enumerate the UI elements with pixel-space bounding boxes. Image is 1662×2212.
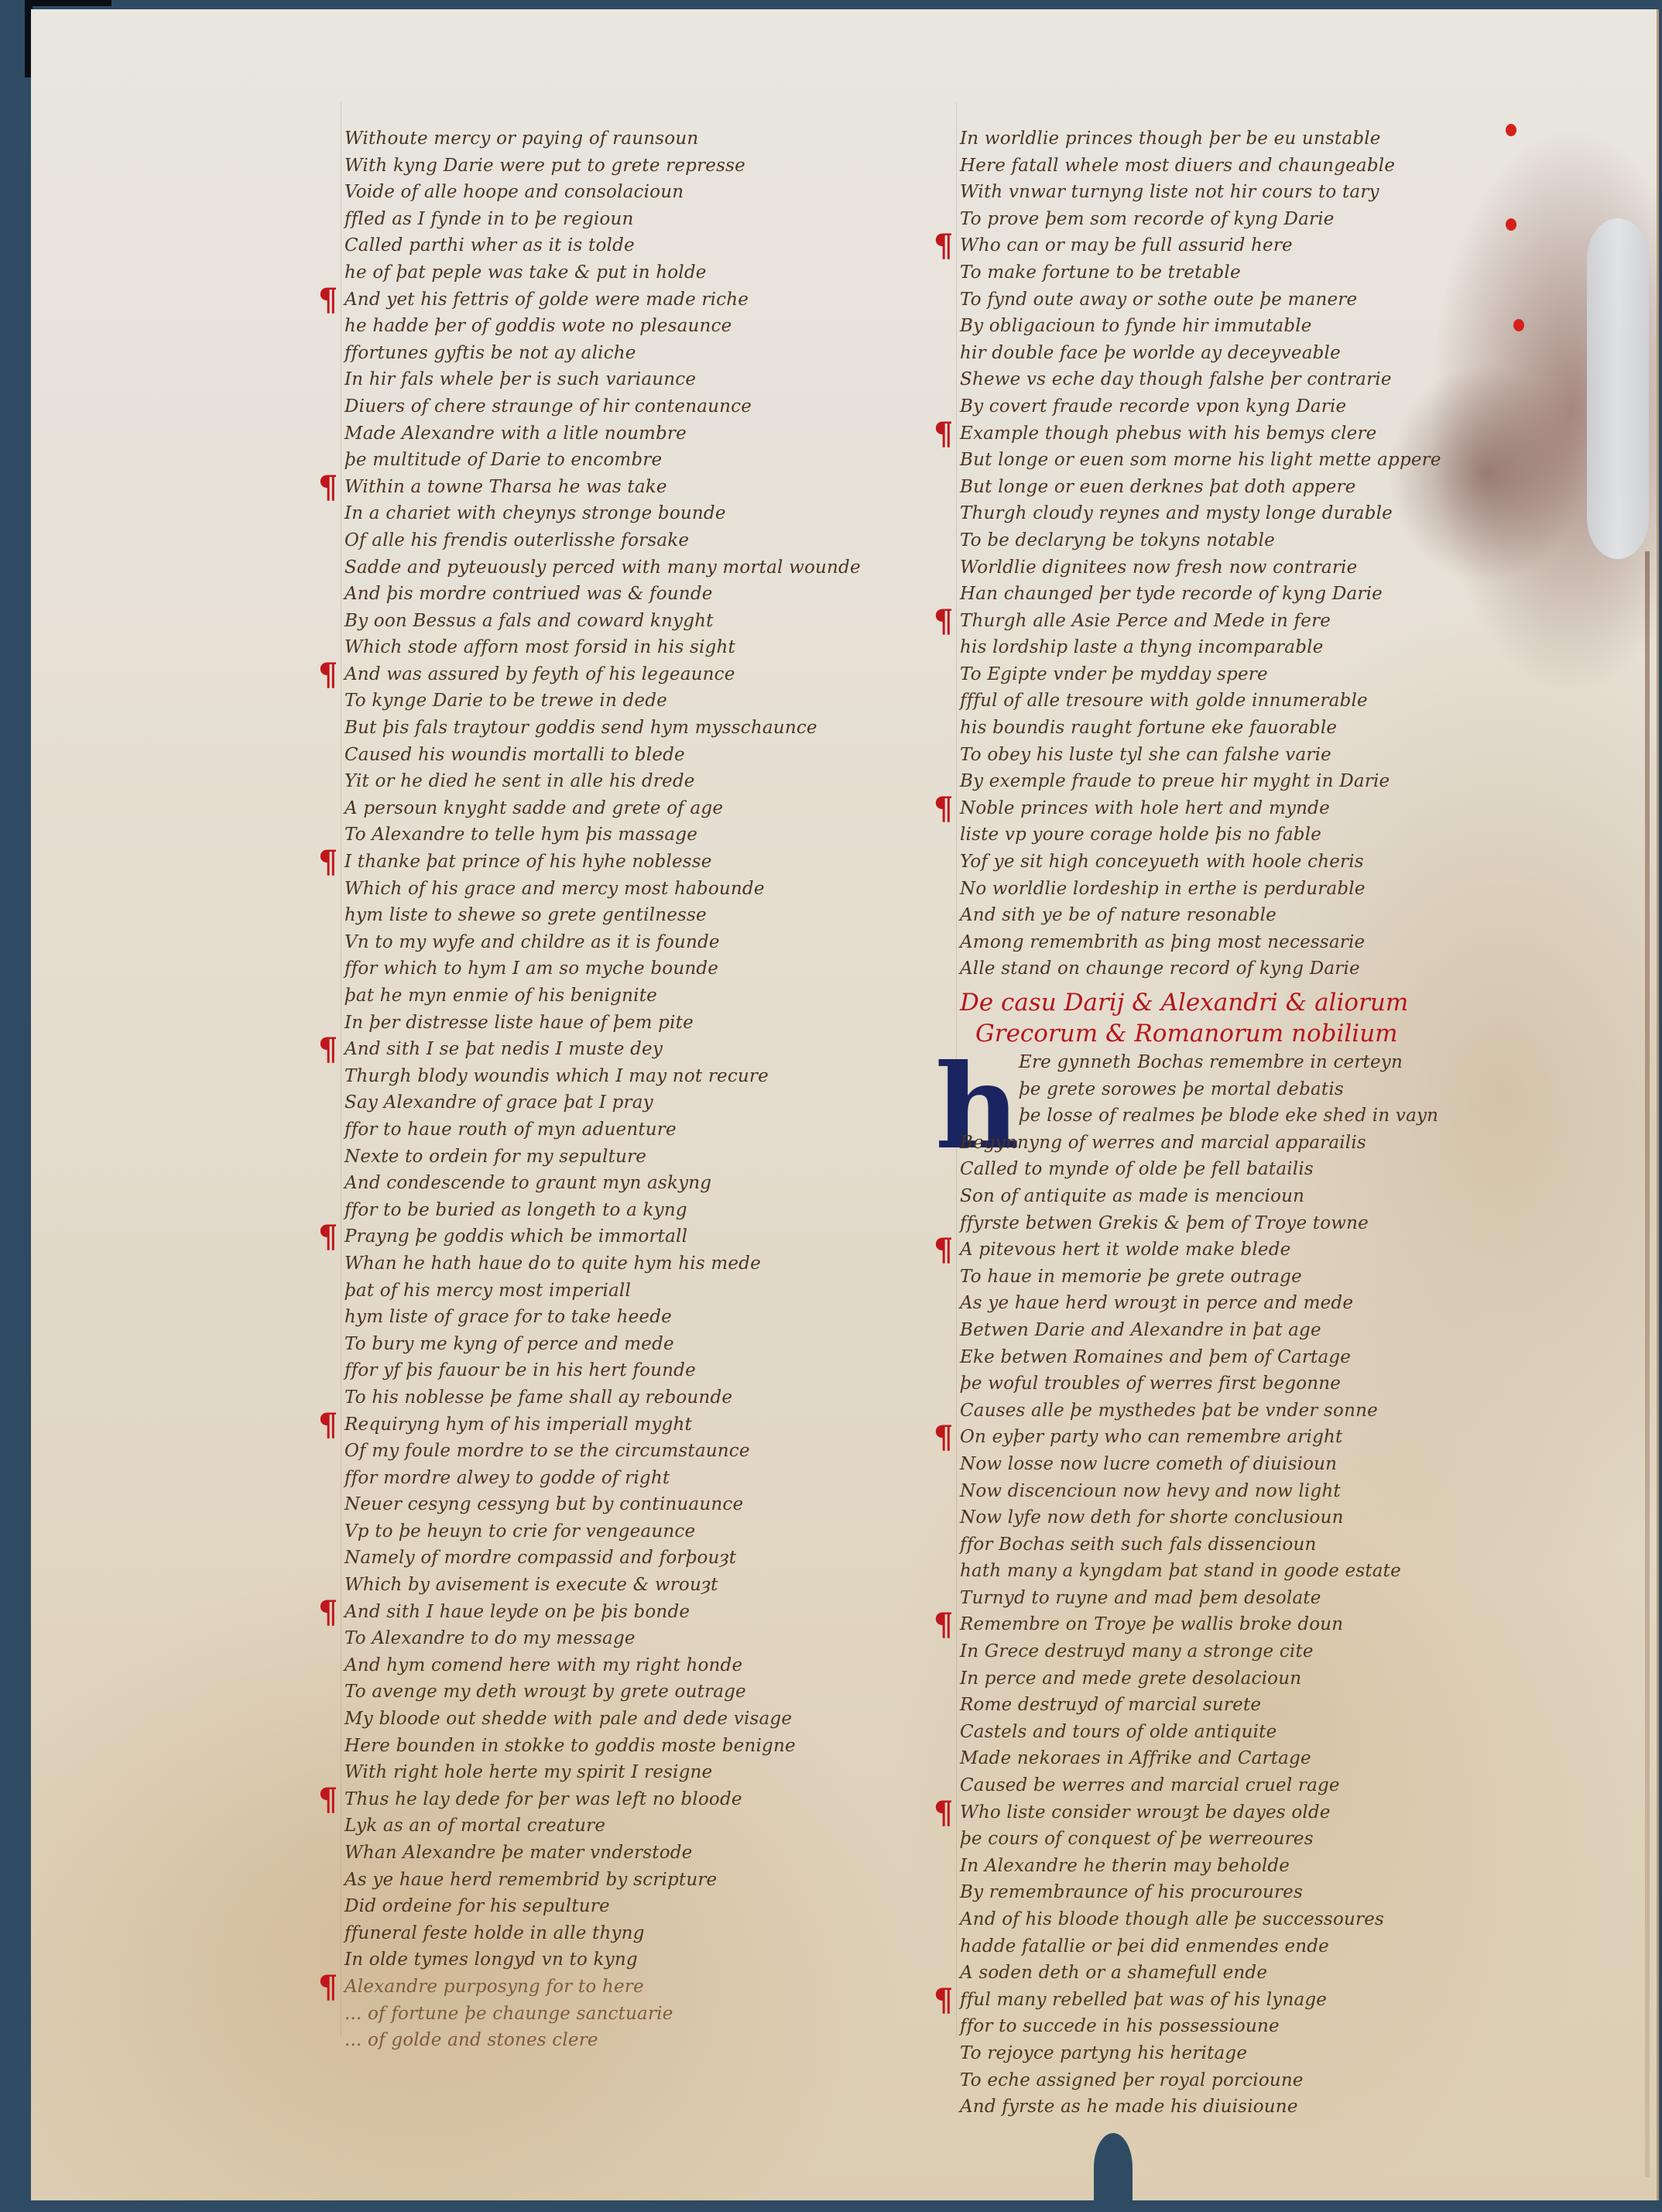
verse-line: And þis mordre contriued was & founde	[344, 581, 933, 608]
verse-line: Namely of mordre compassid and forþouȝt	[344, 1545, 933, 1572]
verse-text: On eyþer party who can remembre aright	[960, 1427, 1343, 1447]
verse-line: Of alle his frendis outerlisshe forsake	[344, 527, 933, 554]
verse-line: ffful of alle tresoure with golde innume…	[960, 688, 1548, 715]
verse-text: My bloode out shedde with pale and dede …	[344, 1709, 792, 1729]
rubric-heading: De casu Darij & Alexandri & aliorum Grec…	[960, 987, 1548, 1049]
verse-line: Rome destruyd of marcial surete	[960, 1692, 1548, 1719]
verse-line: Which by avisement is execute & wrouȝt	[344, 1572, 933, 1599]
verse-line: To Alexandre to telle hym þis massage	[344, 821, 933, 849]
verse-line: ffyrste betwen Grekis & þem of Troye tow…	[960, 1210, 1548, 1237]
verse-text: Made nekoraes in Affrike and Cartage	[960, 1748, 1311, 1768]
verse-text: ... of fortune þe chaunge sanctuarie	[344, 2004, 673, 2024]
verse-text: Called parthi wher as it is tolde	[344, 235, 635, 255]
verse-text: Yit or he died he sent in alle his drede	[344, 771, 695, 791]
verse-line: To obey his luste tyl she can falshe var…	[960, 742, 1548, 769]
verse-text: Did ordeine for his sepulture	[344, 1896, 610, 1916]
verse-text: A soden deth or a shamefull ende	[960, 1963, 1267, 1983]
verse-text: Within a towne Tharsa he was take	[344, 477, 667, 497]
verse-text: Lyk as an of mortal creature	[344, 1816, 605, 1836]
verse-line: And fyrste as he made his diuisioune	[960, 2094, 1548, 2121]
left-text-column: Withoute mercy or paying of raunsounWith…	[344, 125, 933, 2054]
verse-text: Here fatall whele most diuers and chaung…	[960, 156, 1395, 176]
verse-text: Called to mynde of olde þe fell batailis	[960, 1159, 1314, 1179]
paragraph-mark-icon: ¶	[318, 660, 338, 691]
verse-text: Son of antiquite as made is mencioun	[960, 1186, 1304, 1206]
verse-line: ¶Thus he lay dede for þer was left no bl…	[344, 1786, 933, 1813]
verse-text: And fyrste as he made his diuisioune	[960, 2097, 1298, 2117]
verse-text: his boundis raught fortune eke fauorable	[960, 718, 1337, 738]
verse-line: Vp to þe heuyn to crie for vengeaunce	[344, 1518, 933, 1545]
paragraph-mark-icon: ¶	[934, 1610, 954, 1641]
verse-text: Of my foule mordre to se the circumstaun…	[344, 1441, 750, 1461]
verse-line: To Alexandre to do my message	[344, 1625, 933, 1652]
verse-line: To be declaryng be tokyns notable	[960, 527, 1548, 554]
verse-line: To eche assigned þer royal porcioune	[960, 2067, 1548, 2094]
verse-line: ffor Bochas seith such fals dissencioun	[960, 1531, 1548, 1559]
verse-line: Thurgh blody woundis which I may not rec…	[344, 1063, 933, 1090]
verse-line: Castels and tours of olde antiquite	[960, 1719, 1548, 1746]
paragraph-mark-icon: ¶	[318, 1034, 338, 1065]
verse-text: ... of golde and stones clere	[344, 2030, 598, 2050]
verse-line: And sith ye be of nature resonable	[960, 902, 1548, 929]
verse-line: Which stode afforn most forsid in his si…	[344, 634, 933, 661]
verse-text: By remembraunce of his procuroures	[960, 1882, 1303, 1902]
verse-line: Made nekoraes in Affrike and Cartage	[960, 1745, 1548, 1772]
verse-line: ¶Within a towne Tharsa he was take	[344, 474, 933, 501]
verse-line: Called to mynde of olde þe fell batailis	[960, 1156, 1548, 1183]
verse-line: his lordship laste a thyng incomparable	[960, 634, 1548, 661]
verse-text: ffyrste betwen Grekis & þem of Troye tow…	[960, 1213, 1369, 1233]
verse-text: Begynnyng of werres and marcial apparail…	[960, 1133, 1366, 1153]
verse-block-before-rubric: In worldlie princes though þer be eu uns…	[960, 125, 1548, 983]
paragraph-mark-icon: ¶	[318, 1222, 338, 1253]
verse-line: Lyk as an of mortal creature	[344, 1812, 933, 1840]
verse-text: And sith I haue leyde on þe þis bonde	[344, 1602, 690, 1622]
verse-line: Turnyd to ruyne and mad þem desolate	[960, 1585, 1548, 1612]
verse-line: Neuer cesyng cessyng but by continuaunce	[344, 1491, 933, 1518]
verse-line: liste vp youre corage holde þis no fable	[960, 821, 1548, 849]
verse-line: Ere gynneth Bochas remembre in certeyn	[960, 1049, 1548, 1076]
verse-line: Now losse now lucre cometh of diuisioun	[960, 1451, 1548, 1478]
verse-line: In a chariet with cheynys stronge bounde	[344, 500, 933, 527]
verse-text: To Alexandre to telle hym þis massage	[344, 825, 697, 845]
rubric-line-1: De casu Darij & Alexandri & aliorum	[960, 987, 1548, 1018]
verse-text: fful many rebelled þat was of his lynage	[960, 1990, 1327, 2010]
verse-line: Did ordeine for his sepulture	[344, 1893, 933, 1920]
verse-text: And þis mordre contriued was & founde	[344, 584, 713, 604]
verse-text: Now discencioun now hevy and now light	[960, 1481, 1341, 1501]
verse-line: ¶Noble princes with hole hert and mynde	[960, 795, 1548, 822]
paragraph-mark-icon: ¶	[934, 794, 954, 825]
paragraph-mark-icon: ¶	[934, 419, 954, 450]
verse-line: As ye haue herd wrouȝt in perce and mede	[960, 1290, 1548, 1317]
verse-line: Son of antiquite as made is mencioun	[960, 1183, 1548, 1210]
verse-text: ffful of alle tresoure with golde innume…	[960, 691, 1368, 711]
verse-block-after-rubric: Ere gynneth Bochas remembre in certeynþe…	[960, 1049, 1548, 2121]
verse-text: Castels and tours of olde antiquite	[960, 1722, 1276, 1742]
verse-line: ffor to haue routh of myn aduenture	[344, 1116, 933, 1144]
verse-text: A pitevous hert it wolde make blede	[960, 1240, 1290, 1260]
verse-text: Whan he hath haue do to quite hym his me…	[344, 1253, 761, 1274]
verse-line: he of þat peple was take & put in holde	[344, 259, 933, 286]
verse-line: ffled as I fynde in to þe regioun	[344, 206, 933, 233]
verse-text: hadde fatallie or þei did enmendes ende	[960, 1936, 1329, 1957]
paragraph-mark-icon: ¶	[318, 1785, 338, 1816]
verse-text: Namely of mordre compassid and forþouȝt	[344, 1548, 736, 1568]
verse-text: ffor yf þis fauour be in his hert founde	[344, 1360, 696, 1380]
verse-line: In hir fals whele þer is such variaunce	[344, 366, 933, 393]
verse-line: hadde fatallie or þei did enmendes ende	[960, 1933, 1548, 1960]
verse-text: ffortunes gyftis be not ay aliche	[344, 343, 636, 363]
verse-text: In olde tymes longyd vn to kyng	[344, 1950, 638, 1970]
verse-line: Nexte to ordein for my sepulture	[344, 1144, 933, 1171]
verse-line: þat of his mercy most imperiall	[344, 1277, 933, 1305]
verse-text: Which stode afforn most forsid in his si…	[344, 637, 735, 657]
binding-crease	[1645, 551, 1650, 2177]
verse-text: In Alexandre he therin may beholde	[960, 1856, 1290, 1876]
verse-text: Ere gynneth Bochas remembre in certeyn	[1019, 1052, 1403, 1072]
verse-line: Causes alle þe mysthedes þat be vnder so…	[960, 1398, 1548, 1425]
verse-text: To avenge my deth wrouȝt by grete outrag…	[344, 1682, 746, 1702]
verse-line: In perce and mede grete desolacioun	[960, 1665, 1548, 1692]
verse-text: To kynge Darie to be trewe in dede	[344, 691, 667, 711]
paragraph-mark-icon: ¶	[318, 847, 338, 878]
verse-line: ¶Requiryng hym of his imperiall myght	[344, 1411, 933, 1439]
verse-text: With kyng Darie were put to grete repres…	[344, 156, 745, 176]
verse-line: ¶Who liste consider wrouȝt be dayes olde	[960, 1799, 1548, 1826]
verse-text: Nexte to ordein for my sepulture	[344, 1147, 646, 1167]
paragraph-mark-icon: ¶	[934, 231, 954, 262]
verse-text: Withoute mercy or paying of raunsoun	[344, 129, 698, 149]
verse-line: hym liste of grace for to take heede	[344, 1304, 933, 1331]
verse-text: he hadde þer of goddis wote no plesaunce	[344, 316, 732, 336]
verse-text: Caused be werres and marcial cruel rage	[960, 1775, 1340, 1795]
verse-text: In Grece destruyd many a stronge cite	[960, 1641, 1314, 1662]
verse-text: Han chaunged þer tyde recorde of kyng Da…	[960, 584, 1383, 604]
verse-line: ¶Prayng þe goddis which be immortall	[344, 1223, 933, 1250]
verse-line: Called parthi wher as it is tolde	[344, 232, 933, 259]
verse-text: Here bounden in stokke to goddis moste b…	[344, 1736, 796, 1756]
verse-text: To bury me kyng of perce and mede	[344, 1334, 674, 1354]
verse-line: Eke betwen Romaines and þem of Cartage	[960, 1344, 1548, 1371]
verse-line: Vn to my wyfe and childre as it is found…	[344, 929, 933, 956]
verse-text: þe woful troubles of werres first begonn…	[960, 1373, 1341, 1394]
verse-text: Turnyd to ruyne and mad þem desolate	[960, 1588, 1321, 1608]
verse-line: Now lyfe now deth for shorte conclusioun	[960, 1504, 1548, 1531]
verse-text: þe multitude of Darie to encombre	[344, 450, 662, 470]
verse-text: ffor Bochas seith such fals dissencioun	[960, 1535, 1317, 1555]
verse-text: As ye haue herd remembrid by scripture	[344, 1870, 717, 1890]
verse-text: But longe or euen derknes þat doth apper…	[960, 477, 1356, 497]
verse-text: To haue in memorie þe grete outrage	[960, 1267, 1302, 1287]
verse-line: To rejoyce partyng his heritage	[960, 2040, 1548, 2067]
verse-text: And hym comend here with my right honde	[344, 1655, 742, 1675]
verse-line: Withoute mercy or paying of raunsoun	[344, 125, 933, 153]
verse-line: hir double face þe worlde ay deceyveable	[960, 340, 1548, 367]
verse-line: ... of golde and stones clere	[344, 2027, 933, 2054]
verse-text: Made Alexandre with a litle noumbre	[344, 424, 687, 444]
rubric-line-2: Grecorum & Romanorum nobilium	[960, 1018, 1548, 1049]
verse-line: But þis fals traytour goddis send hym my…	[344, 715, 933, 742]
verse-line: ¶And was assured by feyth of his legeaun…	[344, 661, 933, 688]
verse-text: I thanke þat prince of his hyhe noblesse	[344, 852, 712, 872]
verse-text: Alle stand on chaunge record of kyng Dar…	[960, 959, 1360, 979]
verse-text: Shewe vs eche day though falshe þer cont…	[960, 369, 1392, 389]
paragraph-mark-icon: ¶	[318, 1410, 338, 1441]
right-text-column: In worldlie princes though þer be eu uns…	[960, 125, 1548, 2121]
verse-text: In hir fals whele þer is such variaunce	[344, 369, 696, 389]
verse-line: Now discencioun now hevy and now light	[960, 1478, 1548, 1505]
verse-text: By covert fraude recorde vpon kyng Darie	[960, 396, 1346, 417]
verse-line: Yit or he died he sent in alle his drede	[344, 768, 933, 795]
verse-text: Now losse now lucre cometh of diuisioun	[960, 1454, 1337, 1474]
verse-line: ¶And sith I haue leyde on þe þis bonde	[344, 1599, 933, 1626]
verse-text: his lordship laste a thyng incomparable	[960, 637, 1324, 657]
verse-text: liste vp youre corage holde þis no fable	[960, 825, 1321, 845]
verse-text: By oon Bessus a fals and coward knyght	[344, 611, 714, 631]
paragraph-mark-icon: ¶	[934, 1985, 954, 2016]
paragraph-mark-icon: ¶	[318, 285, 338, 316]
verse-text: To Alexandre to do my message	[344, 1628, 636, 1648]
verse-line: Thurgh cloudy reynes and mysty longe dur…	[960, 500, 1548, 527]
verse-text: To rejoyce partyng his heritage	[960, 2043, 1247, 2063]
verse-line: Say Alexandre of grace þat I pray	[344, 1089, 933, 1116]
verse-text: Prayng þe goddis which be immortall	[344, 1226, 687, 1247]
paragraph-mark-icon: ¶	[318, 1972, 338, 2003]
verse-text: Say Alexandre of grace þat I pray	[344, 1092, 653, 1113]
verse-line: With kyng Darie were put to grete repres…	[344, 153, 933, 180]
verse-line: ¶Example though phebus with his bemys cl…	[960, 420, 1548, 448]
verse-line: Shewe vs eche day though falshe þer cont…	[960, 366, 1548, 393]
verse-line: With right hole herte my spirit I resign…	[344, 1759, 933, 1786]
verse-line: To make fortune to be tretable	[960, 259, 1548, 286]
verse-text: To eche assigned þer royal porcioune	[960, 2070, 1304, 2090]
verse-line: Han chaunged þer tyde recorde of kyng Da…	[960, 581, 1548, 608]
registration-mark-top	[25, 0, 111, 6]
verse-line: A soden deth or a shamefull ende	[960, 1960, 1548, 1987]
verse-text: Causes alle þe mysthedes þat be vnder so…	[960, 1401, 1378, 1421]
verse-line: And of his bloode though alle þe success…	[960, 1906, 1548, 1933]
verse-text: Which of his grace and mercy most haboun…	[344, 879, 765, 899]
verse-line: By oon Bessus a fals and coward knyght	[344, 608, 933, 635]
verse-line: And condescende to graunt myn askyng	[344, 1170, 933, 1197]
verse-text: hir double face þe worlde ay deceyveable	[960, 343, 1341, 363]
verse-line: Made Alexandre with a litle noumbre	[344, 420, 933, 448]
verse-line: þe losse of realmes þe blode eke shed in…	[960, 1103, 1548, 1130]
verse-text: Noble princes with hole hert and mynde	[960, 798, 1330, 818]
verse-line: ¶A pitevous hert it wolde make blede	[960, 1236, 1548, 1264]
verse-text: Sadde and pyteuously perced with many mo…	[344, 557, 861, 578]
verse-text: Who liste consider wrouȝt be dayes olde	[960, 1802, 1331, 1823]
verse-text: Thurgh cloudy reynes and mysty longe dur…	[960, 503, 1393, 523]
verse-text: þat of his mercy most imperiall	[344, 1281, 631, 1301]
verse-text: Eke betwen Romaines and þem of Cartage	[960, 1347, 1351, 1367]
verse-text: And sith ye be of nature resonable	[960, 905, 1276, 925]
verse-line: ffortunes gyftis be not ay aliche	[344, 340, 933, 367]
verse-text: Vn to my wyfe and childre as it is found…	[344, 932, 720, 952]
verse-text: By obligacioun to fynde hir immutable	[960, 316, 1312, 336]
verse-line: Among remembrith as þing most necessarie	[960, 929, 1548, 956]
verse-line: Here fatall whele most diuers and chaung…	[960, 153, 1548, 180]
verse-text: ffor to be buried as longeth to a kyng	[344, 1200, 687, 1220]
verse-line: To his noblesse þe fame shall ay rebound…	[344, 1384, 933, 1411]
verse-text: As ye haue herd wrouȝt in perce and mede	[960, 1293, 1353, 1313]
verse-line: In Alexandre he therin may beholde	[960, 1853, 1548, 1880]
verse-text: ffor which to hym I am so myche bounde	[344, 959, 718, 979]
verse-text: Thus he lay dede for þer was left no blo…	[344, 1789, 742, 1809]
verse-text: Example though phebus with his bemys cle…	[960, 424, 1376, 444]
verse-line: To kynge Darie to be trewe in dede	[344, 688, 933, 715]
verse-line: his boundis raught fortune eke fauorable	[960, 715, 1548, 742]
verse-line: To prove þem som recorde of kyng Darie	[960, 206, 1548, 233]
verse-text: Thurgh alle Asie Perce and Mede in fere	[960, 611, 1331, 631]
parchment-tear	[1587, 218, 1649, 559]
verse-text: þat he myn enmie of his benignite	[344, 986, 657, 1006]
verse-text: But þis fals traytour goddis send hym my…	[344, 718, 817, 738]
verse-text: Diuers of chere straunge of hir contenau…	[344, 396, 752, 417]
verse-text: he of þat peple was take & put in holde	[344, 262, 707, 283]
verse-line: ffor to be buried as longeth to a kyng	[344, 1197, 933, 1224]
verse-line: Whan he hath haue do to quite hym his me…	[344, 1250, 933, 1277]
verse-line: ... of fortune þe chaunge sanctuarie	[344, 2001, 933, 2028]
verse-text: To fynd oute away or sothe oute þe maner…	[960, 290, 1357, 310]
verse-text: Caused his woundis mortalli to blede	[344, 745, 685, 765]
verse-text: ffor mordre alwey to godde of right	[344, 1468, 670, 1488]
verse-text: Who can or may be full assurid here	[960, 235, 1293, 255]
verse-line: By covert fraude recorde vpon kyng Darie	[960, 393, 1548, 420]
verse-line: Here bounden in stokke to goddis moste b…	[344, 1733, 933, 1760]
verse-text: A persoun knyght sadde and grete of age	[344, 798, 723, 818]
verse-text: Alexandre purposyng for to here	[344, 1977, 644, 1997]
verse-line: Betwen Darie and Alexandre in þat age	[960, 1317, 1548, 1344]
chapter-opening: h Ere gynneth Bochas remembre in certeyn…	[960, 1049, 1548, 2121]
verse-line: Begynnyng of werres and marcial apparail…	[960, 1130, 1548, 1157]
verse-text: To be declaryng be tokyns notable	[960, 530, 1275, 550]
verse-text: To prove þem som recorde of kyng Darie	[960, 209, 1335, 229]
verse-line: ¶Alexandre purposyng for to here	[344, 1974, 933, 2001]
verse-text: And sith I se þat nedis I muste dey	[344, 1039, 663, 1059]
verse-line: But longe or euen som morne his light me…	[960, 447, 1548, 474]
verse-line: Yof ye sit high conceyueth with hoole ch…	[960, 849, 1548, 876]
verse-text: In a chariet with cheynys stronge bounde	[344, 503, 726, 523]
verse-text: And yet his fettris of golde were made r…	[344, 290, 749, 310]
verse-text: Vp to þe heuyn to crie for vengeaunce	[344, 1521, 695, 1542]
verse-line: Diuers of chere straunge of hir contenau…	[344, 393, 933, 420]
verse-text: Voide of alle hoope and consolacioun	[344, 182, 684, 202]
verse-line: ¶And yet his fettris of golde were made …	[344, 286, 933, 314]
verse-line: No worldlie lordeship in erthe is perdur…	[960, 876, 1548, 903]
verse-line: ffor which to hym I am so myche bounde	[344, 955, 933, 983]
verse-line: þat he myn enmie of his benignite	[344, 983, 933, 1010]
verse-text: Worldlie dignitees now fresh now contrar…	[960, 557, 1357, 578]
verse-text: þe cours of conquest of þe werreoures	[960, 1829, 1314, 1849]
verse-line: ffuneral feste holde in alle thyng	[344, 1920, 933, 1947]
verse-line: he hadde þer of goddis wote no plesaunce	[344, 313, 933, 340]
verse-line: But longe or euen derknes þat doth apper…	[960, 474, 1548, 501]
verse-text: Thurgh blody woundis which I may not rec…	[344, 1066, 769, 1086]
verse-text: Neuer cesyng cessyng but by continuaunce	[344, 1494, 743, 1514]
verse-line: ¶I thanke þat prince of his hyhe nobless…	[344, 849, 933, 876]
verse-line: In Grece destruyd many a stronge cite	[960, 1638, 1548, 1665]
verse-line: Whan Alexandre þe mater vnderstode	[344, 1840, 933, 1867]
verse-text: Of alle his frendis outerlisshe forsake	[344, 530, 689, 550]
verse-text: With right hole herte my spirit I resign…	[344, 1762, 712, 1782]
verse-text: Among remembrith as þing most necessarie	[960, 932, 1365, 952]
verse-text: ffled as I fynde in to þe regioun	[344, 209, 634, 229]
verse-text: To obey his luste tyl she can falshe var…	[960, 745, 1331, 765]
verse-line: My bloode out shedde with pale and dede …	[344, 1706, 933, 1733]
verse-text: And of his bloode though alle þe success…	[960, 1909, 1384, 1929]
verse-line: Which of his grace and mercy most haboun…	[344, 876, 933, 903]
verse-line: hath many a kyngdam þat stand in goode e…	[960, 1558, 1548, 1585]
paragraph-mark-icon: ¶	[934, 606, 954, 637]
verse-line: To fynd oute away or sothe oute þe maner…	[960, 286, 1548, 314]
verse-line: Of my foule mordre to se the circumstaun…	[344, 1438, 933, 1465]
verse-line: Voide of alle hoope and consolacioun	[344, 179, 933, 206]
verse-text: But longe or euen som morne his light me…	[960, 450, 1441, 470]
verse-line: In þer distresse liste haue of þem pite	[344, 1010, 933, 1037]
verse-line: ffor mordre alwey to godde of right	[344, 1465, 933, 1492]
verse-line: To haue in memorie þe grete outrage	[960, 1264, 1548, 1291]
verse-line: ¶And sith I se þat nedis I muste dey	[344, 1036, 933, 1063]
verse-line: With vnwar turnyng liste not hir cours t…	[960, 179, 1548, 206]
paragraph-mark-icon: ¶	[318, 472, 338, 503]
paragraph-mark-icon: ¶	[934, 1422, 954, 1453]
verse-text: By exemple fraude to preue hir myght in …	[960, 771, 1390, 791]
verse-text: Rome destruyd of marcial surete	[960, 1695, 1261, 1715]
verse-text: Which by avisement is execute & wrouȝt	[344, 1575, 718, 1595]
verse-line: A persoun knyght sadde and grete of age	[344, 795, 933, 822]
parchment-hole	[1094, 2133, 1133, 2203]
verse-text: hath many a kyngdam þat stand in goode e…	[960, 1561, 1401, 1581]
verse-text: With vnwar turnyng liste not hir cours t…	[960, 182, 1379, 202]
verse-line: ¶fful many rebelled þat was of his lynag…	[960, 1987, 1548, 2014]
verse-line: By obligacioun to fynde hir immutable	[960, 313, 1548, 340]
verse-line: þe cours of conquest of þe werreoures	[960, 1826, 1548, 1853]
verse-line: ¶Thurgh alle Asie Perce and Mede in fere	[960, 608, 1548, 635]
verse-text: ffor to haue routh of myn aduenture	[344, 1120, 677, 1140]
verse-text: Yof ye sit high conceyueth with hoole ch…	[960, 852, 1364, 872]
paragraph-mark-icon: ¶	[318, 1597, 338, 1628]
verse-line: By remembraunce of his procuroures	[960, 1879, 1548, 1906]
verse-line: þe woful troubles of werres first begonn…	[960, 1370, 1548, 1398]
verse-text: To his noblesse þe fame shall ay rebound…	[344, 1387, 732, 1408]
verse-line: As ye haue herd remembrid by scripture	[344, 1867, 933, 1894]
verse-line: ¶Remembre on Troye þe wallis broke doun	[960, 1611, 1548, 1638]
verse-line: Alle stand on chaunge record of kyng Dar…	[960, 955, 1548, 983]
verse-line: ffor yf þis fauour be in his hert founde	[344, 1357, 933, 1384]
verse-text: In perce and mede grete desolacioun	[960, 1668, 1301, 1689]
verse-text: ffor to succede in his possessioune	[960, 2016, 1280, 2036]
verse-line: To avenge my deth wrouȝt by grete outrag…	[344, 1679, 933, 1706]
verse-text: Now lyfe now deth for shorte conclusioun	[960, 1507, 1344, 1528]
verse-text: hym liste to shewe so grete gentilnesse	[344, 905, 707, 925]
verse-line: To bury me kyng of perce and mede	[344, 1331, 933, 1358]
verse-line: Caused be werres and marcial cruel rage	[960, 1772, 1548, 1799]
verse-text: Betwen Darie and Alexandre in þat age	[960, 1320, 1321, 1340]
verse-line: Sadde and pyteuously perced with many mo…	[344, 554, 933, 581]
verse-text: ffuneral feste holde in alle thyng	[344, 1923, 645, 1943]
paragraph-mark-icon: ¶	[934, 1798, 954, 1829]
verse-line: In worldlie princes though þer be eu uns…	[960, 125, 1548, 153]
verse-line: To Egipte vnder þe mydday spere	[960, 661, 1548, 688]
paragraph-mark-icon: ¶	[934, 1235, 954, 1266]
verse-line: ffor to succede in his possessioune	[960, 2013, 1548, 2040]
verse-text: Whan Alexandre þe mater vnderstode	[344, 1843, 693, 1863]
verse-text: No worldlie lordeship in erthe is perdur…	[960, 879, 1366, 899]
verse-line: By exemple fraude to preue hir myght in …	[960, 768, 1548, 795]
verse-text: Remembre on Troye þe wallis broke doun	[960, 1614, 1343, 1634]
